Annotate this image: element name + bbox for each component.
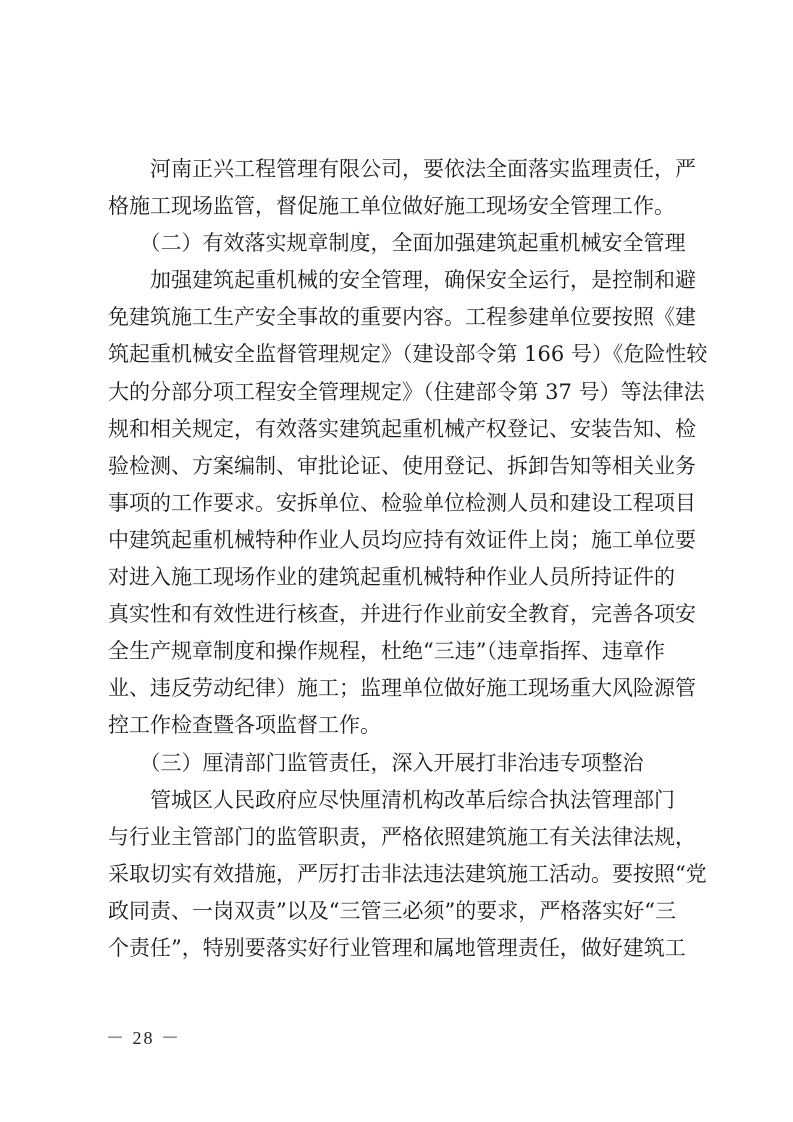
text-line: 大的分部分项工程安全管理规定》（住建部令第 37 号）等法律法 — [108, 374, 708, 411]
text-line: 格施工现场监管，督促施工单位做好施工现场安全管理工作。 — [108, 188, 708, 225]
body-text: 河南正兴工程管理有限公司，要依法全面落实监理责任，严 格施工现场监管，督促施工单… — [108, 151, 708, 967]
text-line: 采取切实有效措施，严厉打击非法违法建筑施工活动。要按照“党 — [108, 856, 708, 893]
text-line: 真实性和有效性进行核查，并进行作业前安全教育，完善各项安 — [108, 596, 708, 633]
text-line: 筑起重机械安全监督管理规定》（建设部令第 166 号）《危险性较 — [108, 336, 708, 373]
text-line: 政同责、一岗双责”以及“三管三必须”的要求，严格落实好“三 — [108, 893, 708, 930]
page-number: － 28 － — [106, 1024, 181, 1050]
text-line: 加强建筑起重机械的安全管理，确保安全运行，是控制和避 — [108, 262, 708, 299]
text-line: 对进入施工现场作业的建筑起重机械特种作业人员所持证件的 — [108, 559, 708, 596]
text-line: 控工作检查暨各项监督工作。 — [108, 707, 708, 744]
section-heading: （三）厘清部门监管责任，深入开展打非治违专项整治 — [108, 745, 708, 782]
text-line: 河南正兴工程管理有限公司，要依法全面落实监理责任，严 — [108, 151, 708, 188]
text-line: 规和相关规定，有效落实建筑起重机械产权登记、安装告知、检 — [108, 411, 708, 448]
text-line: 中建筑起重机械特种作业人员均应持有效证件上岗；施工单位要 — [108, 522, 708, 559]
text-line: 验检测、方案编制、审批论证、使用登记、拆卸告知等相关业务 — [108, 448, 708, 485]
document-page: 河南正兴工程管理有限公司，要依法全面落实监理责任，严 格施工现场监管，督促施工单… — [0, 0, 793, 1122]
text-line: 事项的工作要求。安拆单位、检验单位检测人员和建设工程项目 — [108, 485, 708, 522]
text-line: 免建筑施工生产安全事故的重要内容。工程参建单位要按照《建 — [108, 299, 708, 336]
text-line: 个责任”，特别要落实好行业管理和属地管理责任，做好建筑工 — [108, 930, 708, 967]
text-line: 与行业主管部门的监管职责，严格依照建筑施工有关法律法规， — [108, 819, 708, 856]
text-line: 业、违反劳动纪律）施工；监理单位做好施工现场重大风险源管 — [108, 670, 708, 707]
text-line: 管城区人民政府应尽快厘清机构改革后综合执法管理部门 — [108, 782, 708, 819]
section-heading: （二）有效落实规章制度，全面加强建筑起重机械安全管理 — [108, 225, 708, 262]
text-line: 全生产规章制度和操作规程，杜绝“三违”（违章指挥、违章作 — [108, 633, 708, 670]
